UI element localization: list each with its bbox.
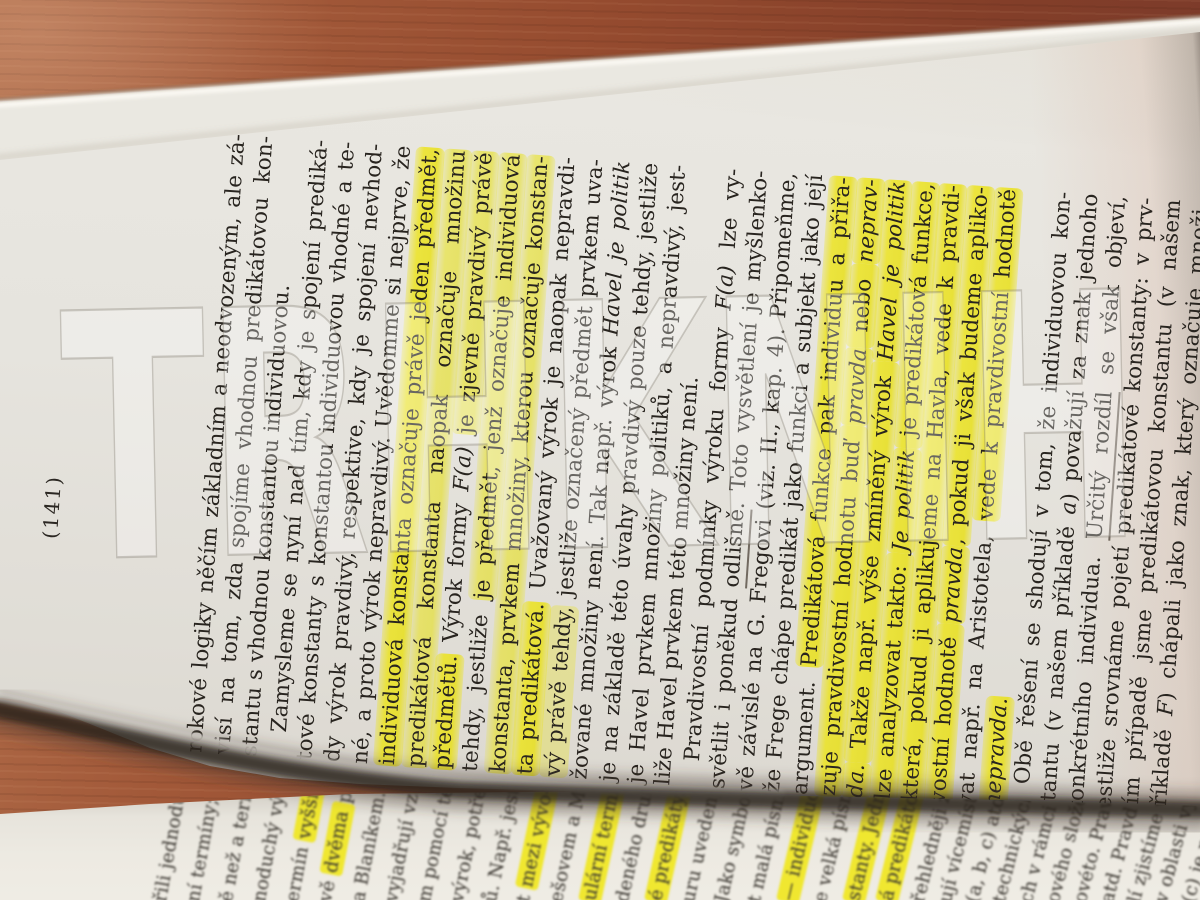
text-segment: F(a)	[450, 446, 478, 493]
lower-page-text: řili jednoduchýní termíny; naě než a ter…	[0, 788, 1200, 900]
text-segment: ermín	[282, 839, 314, 900]
text-segment: vě	[315, 873, 341, 900]
text-lines: rokové logiky něčím základním a neodvoze…	[181, 133, 1200, 821]
book-photo: řili jednoduchýní termíny; naě než a ter…	[0, 0, 1200, 900]
text-segment: F	[1153, 700, 1179, 717]
page-text: (141) rokové logiky něčím základním a ne…	[18, 122, 1200, 821]
text-segment: F(a)	[711, 265, 739, 312]
text-segment: dvěma	[319, 801, 355, 877]
text-segment: da.	[841, 762, 872, 800]
text-segment	[453, 434, 479, 448]
text-segment: a	[1056, 501, 1082, 516]
book-page: (141) rokové logiky něčím základním a ne…	[0, 0, 1200, 900]
lower-page: řili jednoduchýní termíny; naě než a ter…	[0, 788, 1200, 900]
